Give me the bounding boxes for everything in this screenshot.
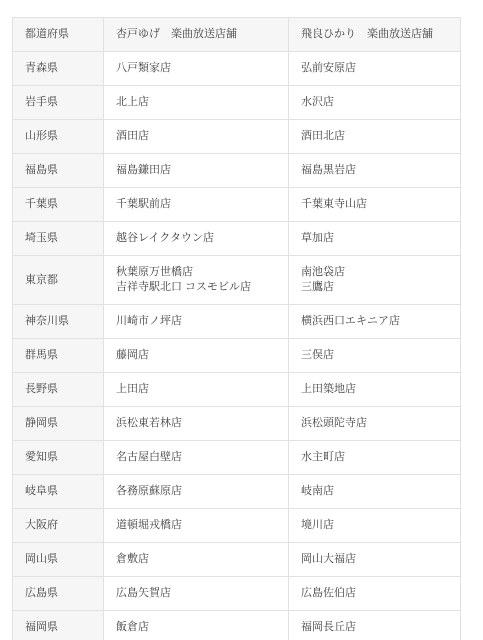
prefecture-cell: 岡山県 xyxy=(13,543,104,577)
hikari-store-cell: 岡山大福店 xyxy=(289,543,461,577)
prefecture-cell: 山形県 xyxy=(13,120,104,154)
yuge-store-cell: 飯倉店 xyxy=(104,611,289,640)
table-row: 愛知県 名古屋白壁店 水主町店 xyxy=(13,441,461,475)
prefecture-cell: 福岡県 xyxy=(13,611,104,640)
prefecture-cell: 大阪府 xyxy=(13,509,104,543)
prefecture-cell: 埼玉県 xyxy=(13,222,104,256)
table-row: 大阪府 道頓堀戎橋店 境川店 xyxy=(13,509,461,543)
yuge-store-cell: 広島矢賀店 xyxy=(104,577,289,611)
yuge-store-cell: 川崎市ノ坪店 xyxy=(104,305,289,339)
hikari-store-cell: 境川店 xyxy=(289,509,461,543)
prefecture-cell: 東京都 xyxy=(13,256,104,305)
yuge-store-cell: 名古屋白壁店 xyxy=(104,441,289,475)
prefecture-cell: 群馬県 xyxy=(13,339,104,373)
hikari-store-cell: 浜松頭陀寺店 xyxy=(289,407,461,441)
prefecture-cell: 千葉県 xyxy=(13,188,104,222)
hikari-store-cell: 弘前安原店 xyxy=(289,52,461,86)
prefecture-cell: 神奈川県 xyxy=(13,305,104,339)
table-body: 青森県 八戸類家店 弘前安原店 岩手県 北上店 水沢店 山形県 酒田店 酒田北店… xyxy=(13,52,461,640)
hikari-store-cell: 酒田北店 xyxy=(289,120,461,154)
table-row: 静岡県 浜松東若林店 浜松頭陀寺店 xyxy=(13,407,461,441)
table-header-row: 都道府県 杏戸ゆげ 楽曲放送店舗 飛良ひかり 楽曲放送店舗 xyxy=(13,18,461,52)
hikari-store-cell: 岐南店 xyxy=(289,475,461,509)
yuge-store-cell: 藤岡店 xyxy=(104,339,289,373)
table-row: 青森県 八戸類家店 弘前安原店 xyxy=(13,52,461,86)
table-header: 都道府県 杏戸ゆげ 楽曲放送店舗 飛良ひかり 楽曲放送店舗 xyxy=(13,18,461,52)
prefecture-store-table: 都道府県 杏戸ゆげ 楽曲放送店舗 飛良ひかり 楽曲放送店舗 青森県 八戸類家店 … xyxy=(12,17,461,640)
prefecture-cell: 岩手県 xyxy=(13,86,104,120)
hikari-store-cell: 水主町店 xyxy=(289,441,461,475)
hikari-store-cell: 横浜西口エキニア店 xyxy=(289,305,461,339)
hikari-store-cell: 福島黒岩店 xyxy=(289,154,461,188)
table-row: 長野県 上田店 上田築地店 xyxy=(13,373,461,407)
hikari-store-cell: 水沢店 xyxy=(289,86,461,120)
header-hikari-stores: 飛良ひかり 楽曲放送店舗 xyxy=(289,18,461,52)
hikari-store-cell: 三俣店 xyxy=(289,339,461,373)
table-row: 福岡県 飯倉店 福岡長丘店 xyxy=(13,611,461,640)
prefecture-cell: 愛知県 xyxy=(13,441,104,475)
page: 都道府県 杏戸ゆげ 楽曲放送店舗 飛良ひかり 楽曲放送店舗 青森県 八戸類家店 … xyxy=(0,0,483,640)
header-yuge-stores: 杏戸ゆげ 楽曲放送店舗 xyxy=(104,18,289,52)
hikari-store-cell: 上田築地店 xyxy=(289,373,461,407)
yuge-store-cell: 北上店 xyxy=(104,86,289,120)
table-row: 埼玉県 越谷レイクタウン店 草加店 xyxy=(13,222,461,256)
yuge-store-cell: 各務原蘇原店 xyxy=(104,475,289,509)
prefecture-cell: 広島県 xyxy=(13,577,104,611)
table-row: 山形県 酒田店 酒田北店 xyxy=(13,120,461,154)
table-row: 福島県 福島鎌田店 福島黒岩店 xyxy=(13,154,461,188)
yuge-store-cell: 酒田店 xyxy=(104,120,289,154)
table-row: 東京都 秋葉原万世橋店 吉祥寺駅北口 コスモビル店 南池袋店 三鷹店 xyxy=(13,256,461,305)
prefecture-cell: 静岡県 xyxy=(13,407,104,441)
table-row: 群馬県 藤岡店 三俣店 xyxy=(13,339,461,373)
table-row: 岡山県 倉敷店 岡山大福店 xyxy=(13,543,461,577)
hikari-store-cell: 草加店 xyxy=(289,222,461,256)
hikari-store-cell: 千葉東寺山店 xyxy=(289,188,461,222)
yuge-store-cell: 福島鎌田店 xyxy=(104,154,289,188)
yuge-store-cell: 八戸類家店 xyxy=(104,52,289,86)
prefecture-cell: 長野県 xyxy=(13,373,104,407)
table-row: 神奈川県 川崎市ノ坪店 横浜西口エキニア店 xyxy=(13,305,461,339)
table-row: 岩手県 北上店 水沢店 xyxy=(13,86,461,120)
hikari-store-cell: 福岡長丘店 xyxy=(289,611,461,640)
hikari-store-cell: 南池袋店 三鷹店 xyxy=(289,256,461,305)
yuge-store-cell: 上田店 xyxy=(104,373,289,407)
yuge-store-cell: 道頓堀戎橋店 xyxy=(104,509,289,543)
table-row: 岐阜県 各務原蘇原店 岐南店 xyxy=(13,475,461,509)
yuge-store-cell: 浜松東若林店 xyxy=(104,407,289,441)
table-row: 広島県 広島矢賀店 広島佐伯店 xyxy=(13,577,461,611)
yuge-store-cell: 千葉駅前店 xyxy=(104,188,289,222)
prefecture-cell: 青森県 xyxy=(13,52,104,86)
yuge-store-cell: 秋葉原万世橋店 吉祥寺駅北口 コスモビル店 xyxy=(104,256,289,305)
header-prefecture: 都道府県 xyxy=(13,18,104,52)
prefecture-cell: 岐阜県 xyxy=(13,475,104,509)
prefecture-cell: 福島県 xyxy=(13,154,104,188)
yuge-store-cell: 倉敷店 xyxy=(104,543,289,577)
yuge-store-cell: 越谷レイクタウン店 xyxy=(104,222,289,256)
hikari-store-cell: 広島佐伯店 xyxy=(289,577,461,611)
table-row: 千葉県 千葉駅前店 千葉東寺山店 xyxy=(13,188,461,222)
